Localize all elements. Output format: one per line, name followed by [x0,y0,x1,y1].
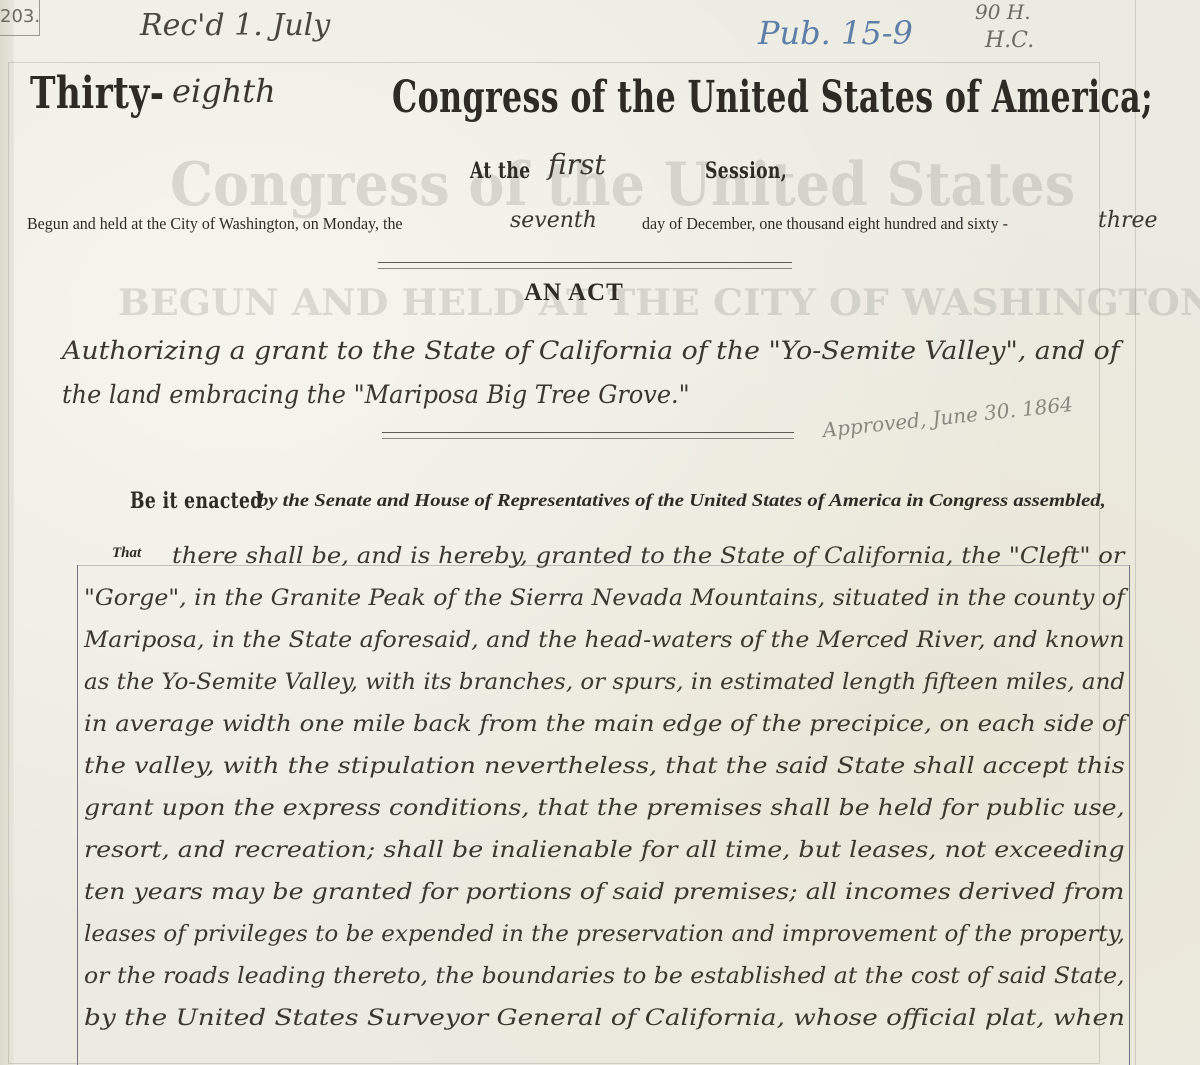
body-line-7: grant upon the express conditions, that … [84,796,1125,821]
archive-stamp-number: 203. [0,0,40,36]
congress-number-printed: Thirty- [30,68,164,119]
body-line-12: by the United States Surveyor General of… [84,1006,1125,1031]
body-line-3: Mariposa, in the State aforesaid, and th… [84,628,1124,653]
ghost-begun-text: BEGUN AND HELD AT THE CITY OF WASHINGTON [118,282,1200,324]
right-margin-line [1129,565,1130,1065]
body-line-9: ten years may be granted for portions of… [84,880,1124,905]
act-title-line-1: Authorizing a grant to the State of Cali… [62,336,1120,365]
begun-day-handwritten: seventh [510,208,597,233]
body-line-8: resort, and recreation; shall be inalien… [84,838,1125,863]
session-suffix: Session, [705,158,787,184]
session-prefix: At the [470,158,531,184]
act-title-line-2: the land embracing the "Mariposa Big Tre… [62,380,690,409]
body-line-1: there shall be, and is hereby, granted t… [172,544,1125,569]
body-line-6: the valley, with the stipulation neverth… [84,754,1125,779]
that-label: That [112,545,141,562]
bottom-rule [382,432,794,439]
begun-suffix: day of December, one thousand eight hund… [642,214,1008,234]
ghost-congress-text: Congress of the United States [170,150,1075,220]
begun-year-handwritten: three [1098,208,1158,233]
body-line-5: in average width one mile back from the … [84,712,1126,737]
received-note: Rec'd 1. July [140,8,330,43]
publication-number-note: Pub. 15-9 [758,14,913,52]
body-line-4: as the Yo-Semite Valley, with its branch… [84,670,1125,695]
body-line-10: leases of privileges to be expended in t… [84,922,1125,947]
session-number-handwritten: first [548,148,606,181]
act-heading: AN ACT [524,279,624,307]
top-right-note-1: 90 H. [975,0,1031,24]
congress-title: Congress of the United States of America… [392,72,1153,123]
begun-prefix: Begun and held at the City of Washington… [27,214,403,234]
enacting-clause-italic: by the Senate and House of Representativ… [258,490,1106,511]
page-fold-line [1135,0,1136,1065]
left-margin-line [77,565,78,1065]
body-line-11: or the roads leading thereto, the bounda… [84,964,1125,989]
body-line-2: "Gorge", in the Granite Peak of the Sier… [84,586,1125,611]
enacting-clause-gothic: Be it enacted [130,488,263,514]
top-right-note-2: H.C. [985,28,1034,53]
top-rule [378,262,792,269]
congress-number-handwritten: eighth [172,72,276,110]
